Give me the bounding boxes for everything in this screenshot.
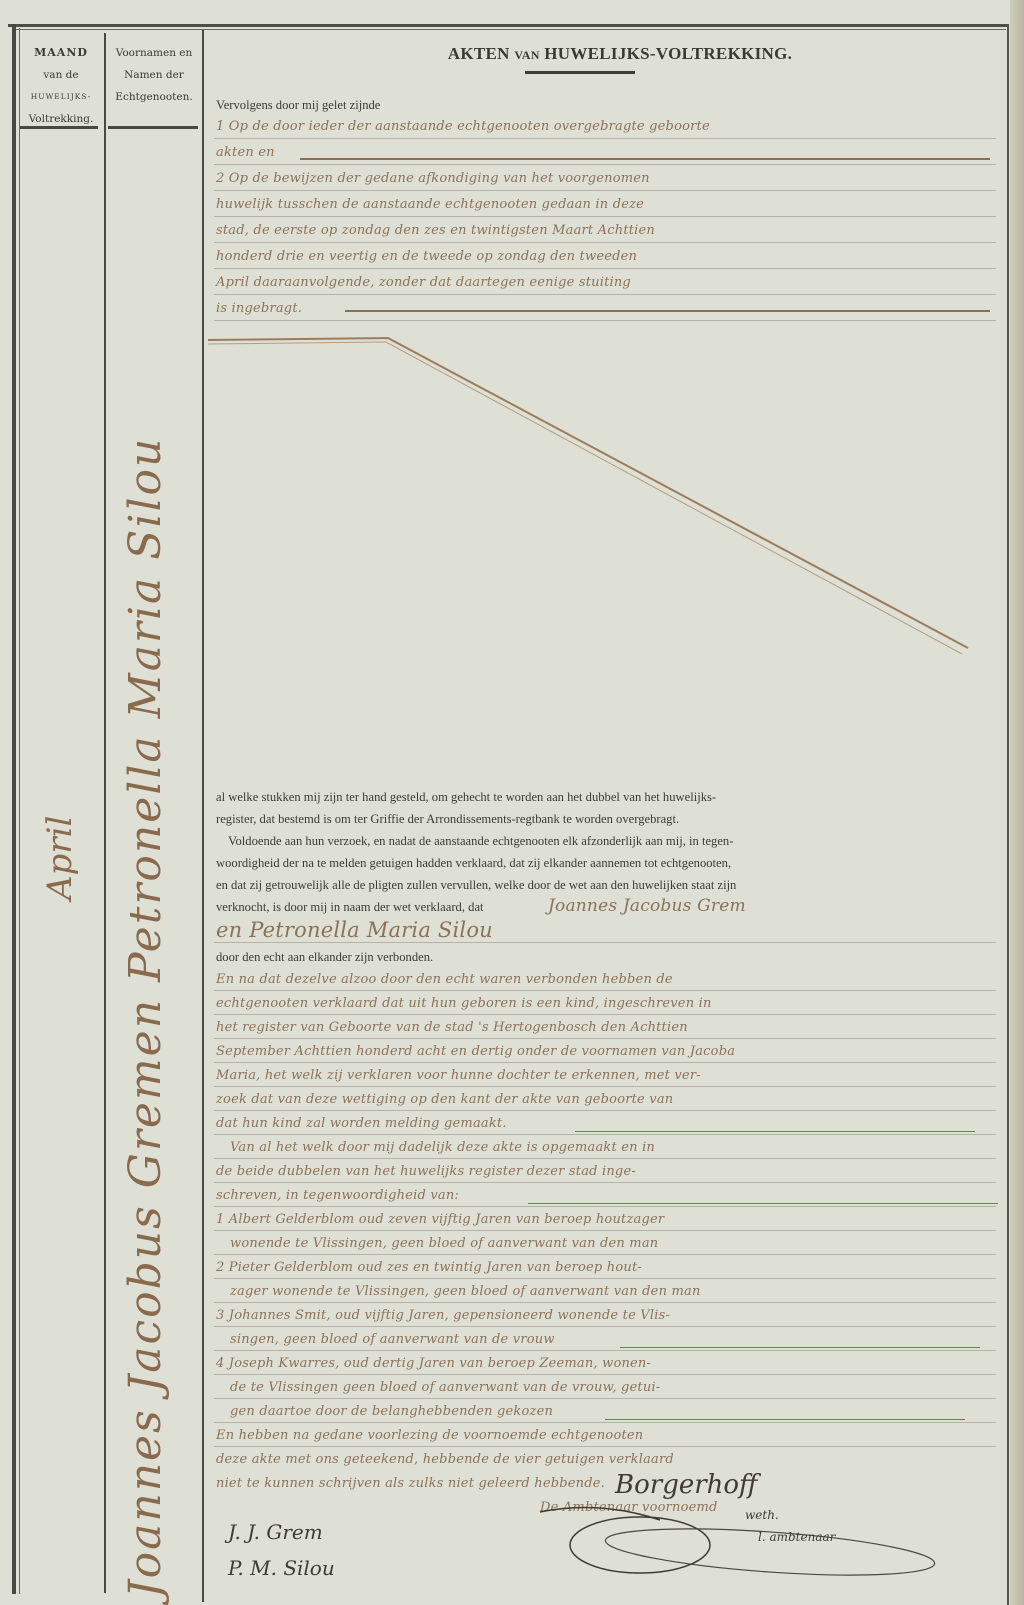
register-page: MAAND van de HUWELIJKS- Voltrekking. Voo… — [0, 0, 1024, 1605]
official-signature-flourish — [0, 0, 1024, 1605]
official-signature-sub1: weth. — [745, 1508, 779, 1522]
official-signature: Borgerhoff — [615, 1470, 757, 1500]
official-signature-sub2: l. ambtenaar — [758, 1530, 835, 1544]
